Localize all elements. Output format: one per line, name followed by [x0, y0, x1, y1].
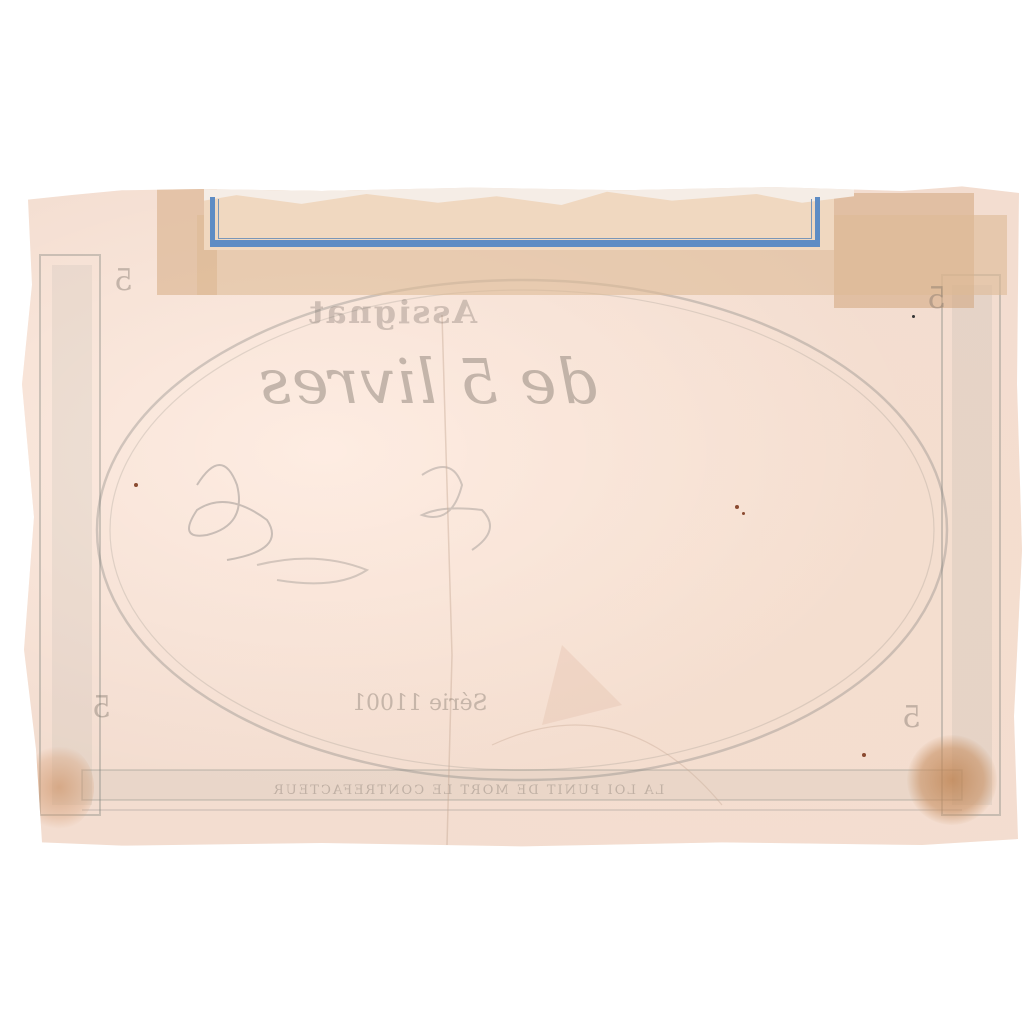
speck — [134, 483, 138, 487]
speck — [862, 753, 866, 757]
mirrored-header-text: Assignat — [307, 293, 477, 331]
mirrored-value-text: de 5 livres — [258, 345, 597, 418]
mirrored-serie-text: Série 11001 — [352, 691, 488, 716]
speck — [735, 505, 739, 509]
stain-bottom-right — [907, 735, 997, 825]
speck — [742, 512, 745, 515]
speck — [912, 315, 915, 318]
stain-bottom-left — [24, 745, 94, 830]
corner-numeral-bottom-right: 5 — [902, 700, 921, 735]
banknote: Assignat de 5 livres Série 11001 5 5 5 5… — [22, 185, 1022, 849]
blue-frame-inner-line — [218, 199, 812, 239]
mirrored-bottom-legend: LA LOI PUNIT DE MORT LE CONTREFACTEUR — [272, 783, 664, 798]
corner-numeral-bottom-left: 5 — [92, 690, 111, 725]
corner-numeral-top-left: 5 — [114, 263, 133, 298]
corner-numeral-top-right: 5 — [927, 281, 946, 316]
